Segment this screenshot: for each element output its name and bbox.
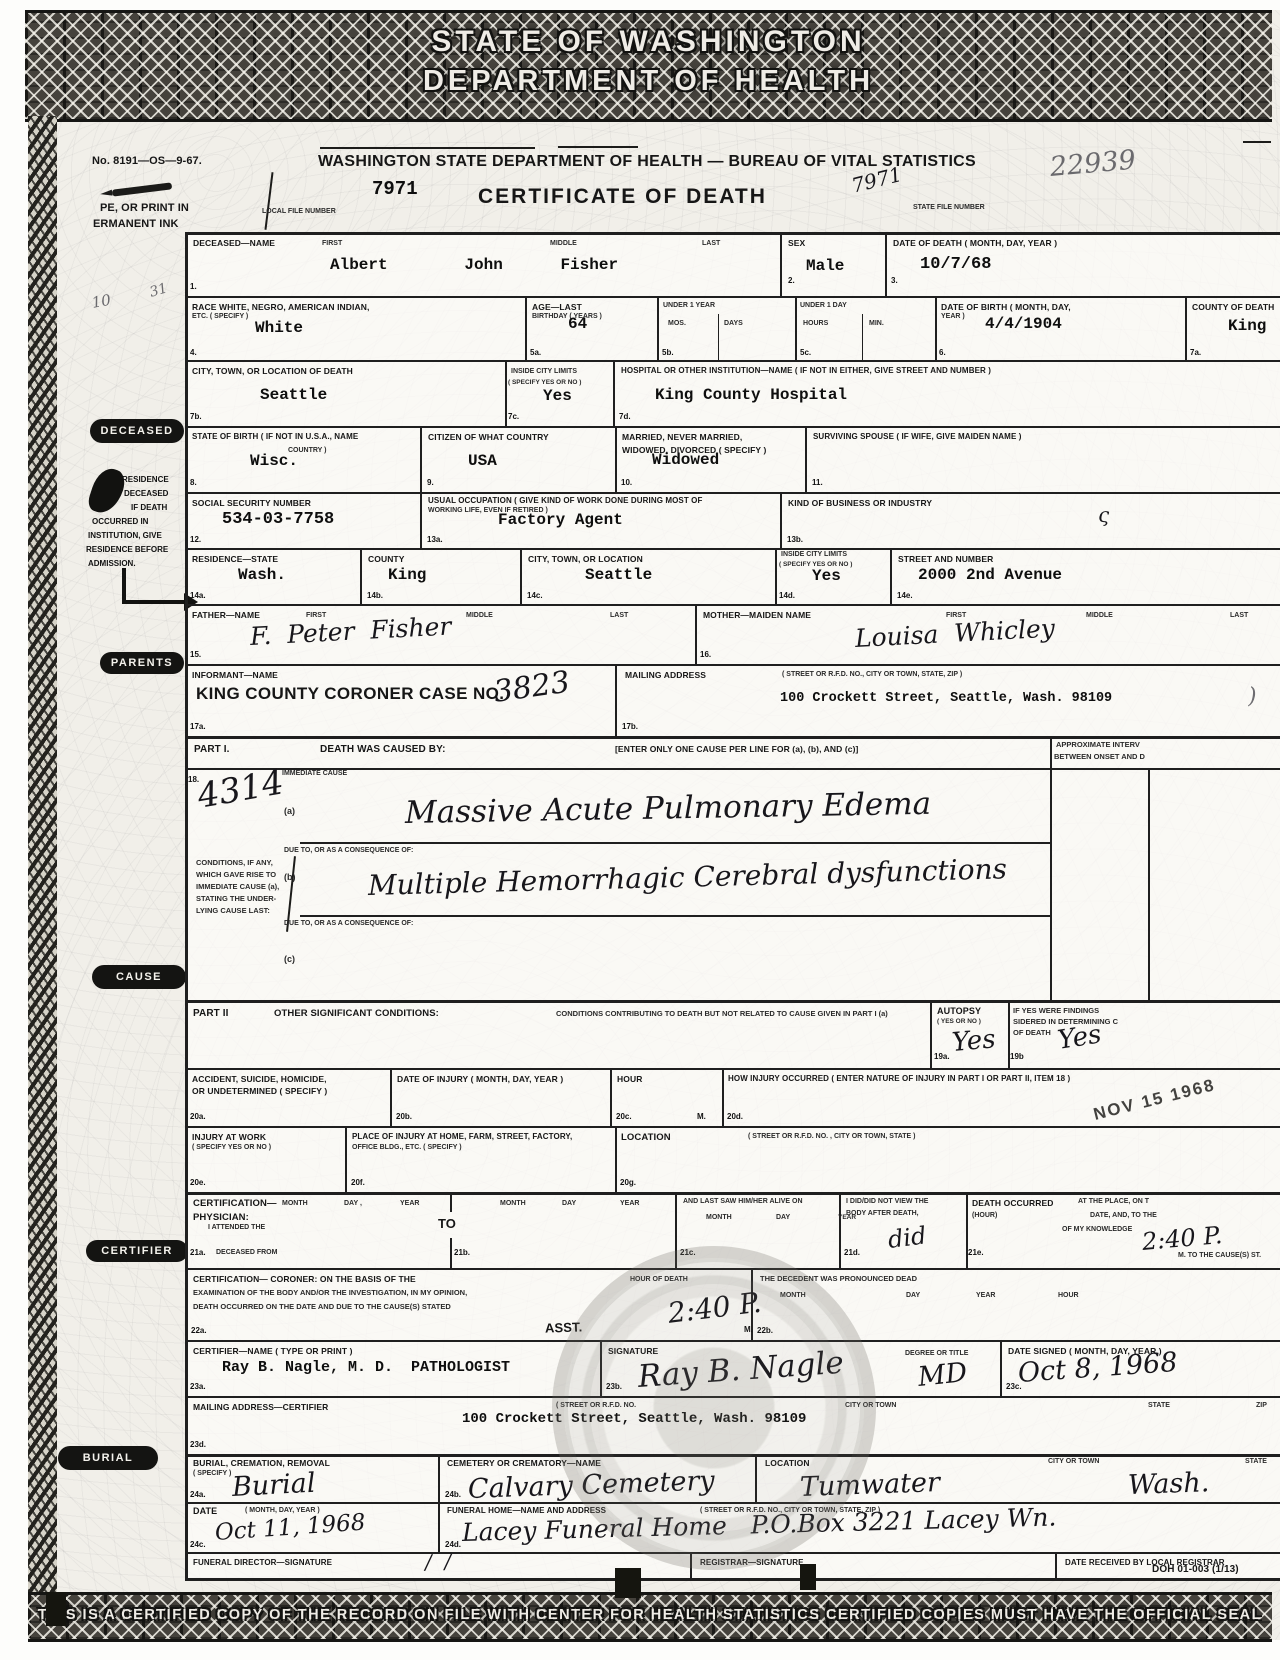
pronounced-hour: HOUR (1058, 1292, 1079, 1300)
age-value: 64 (568, 316, 587, 332)
border (185, 1454, 1280, 1457)
left-decorative-strip (28, 116, 57, 1592)
border (420, 492, 422, 548)
surviving-spouse-label: SURVIVING SPOUSE ( IF WIFE, GIVE MAIDEN … (813, 432, 1021, 442)
inside-city-limits-label-2: ( SPECIFY YES OR NO ) (508, 379, 581, 387)
border (185, 1000, 1280, 1003)
informant-mailing-value: 100 Crockett Street, Seattle, Wash. 9810… (780, 692, 1112, 706)
residence-icl-value: Yes (812, 568, 841, 584)
residence-note-1: RESIDENCE (122, 476, 169, 484)
border (722, 1068, 724, 1126)
coroner-label-2: EXAMINATION OF THE BODY AND/OR THE INVES… (193, 1288, 467, 1297)
field-num-10: 10. (621, 479, 632, 487)
father-name-label: FATHER—NAME (192, 610, 260, 620)
registrar-stamp-number: 22939 (1049, 147, 1137, 181)
death-occurred-label-4: OF MY KNOWLEDGE (1062, 1226, 1132, 1234)
field-num-20e: 20e. (190, 1179, 206, 1187)
occupation-label: USUAL OCCUPATION ( GIVE KIND OF WORK DON… (428, 496, 703, 506)
residence-note-6: RESIDENCE BEFORE (86, 546, 168, 554)
border (525, 296, 527, 360)
border (360, 548, 362, 604)
date-of-death-label: DATE OF DEATH ( MONTH, DAY, YEAR ) (893, 238, 1057, 248)
certifier-name-label: CERTIFIER—NAME ( TYPE OR PRINT ) (193, 1346, 353, 1356)
certification-label: CERTIFICATION— (193, 1198, 277, 1209)
border (775, 548, 777, 604)
border (450, 1192, 452, 1212)
field-num-15: 15. (190, 651, 201, 659)
informant-name-label: INFORMANT—NAME (192, 670, 278, 680)
informant-typed-value: KING COUNTY CORONER CASE NO. (196, 684, 504, 704)
phys-year-1: YEAR (400, 1200, 419, 1208)
border (185, 232, 1280, 235)
field-num-22b: 22b. (757, 1327, 773, 1335)
informant-mailing-label: MAILING ADDRESS (625, 670, 706, 680)
burial-type-value: Burial (231, 1470, 316, 1501)
line-c-label: (c) (284, 954, 295, 965)
sidebar-deceased-text: DECEASED (100, 426, 173, 437)
border (520, 548, 522, 604)
cause-line-b-rule (300, 915, 1050, 917)
sidebar-deceased-label: DECEASED (90, 419, 184, 443)
field-num-7d: 7d. (619, 413, 631, 421)
degree-title-value: MD (917, 1359, 969, 1391)
border (862, 314, 863, 360)
field-num-20a: 20a. (190, 1113, 206, 1121)
pronounced-year: YEAR (976, 1292, 995, 1300)
coroner-label-1: CERTIFICATION— CORONER: ON THE BASIS OF … (193, 1274, 416, 1284)
sidebar-certifier-text: CERTIFIER (101, 1246, 173, 1257)
field-num-20c: 20c. (616, 1113, 632, 1121)
findings-label-3: OF DEATH (1013, 1028, 1051, 1037)
phys-day-1: DAY , (344, 1200, 362, 1208)
field-num-12: 12. (190, 536, 201, 544)
field-num-2: 2. (788, 277, 795, 285)
phys-month-2: MONTH (500, 1200, 526, 1208)
border (185, 360, 1280, 362)
interval-label-2: BETWEEN ONSET AND D (1054, 752, 1145, 761)
local-file-number-label: LOCAL FILE NUMBER (262, 208, 336, 216)
ssn-value: 534-03-7758 (222, 511, 334, 528)
last-saw-label: AND LAST SAW HIM/HER ALIVE ON (683, 1198, 803, 1206)
industry-stray-mark: ς (1098, 505, 1110, 525)
deceased-name-label: DECEASED—NAME (193, 238, 275, 248)
burial-date-label: DATE (193, 1506, 217, 1517)
death-occurred-label: DEATH OCCURRED (972, 1198, 1054, 1208)
residence-arrow-icon (122, 568, 184, 604)
residence-county-label: COUNTY (368, 554, 405, 564)
field-num-14d: 14d. (779, 592, 795, 600)
border (805, 426, 807, 492)
border (185, 492, 1280, 494)
border (185, 604, 1280, 606)
part2-label: PART II (193, 1008, 229, 1020)
top-decorative-band: STATE OF WASHINGTON DEPARTMENT OF HEALTH (25, 10, 1272, 122)
burial-state-value: Wash. (1128, 1469, 1210, 1499)
pronounced-dead-label: THE DECEDENT WAS PRONOUNCED DEAD (760, 1274, 917, 1283)
overline-3 (1243, 141, 1271, 143)
deceased-name-value: Albert John Fisher (330, 257, 618, 273)
overline-2 (558, 146, 638, 148)
cemetery-value: Calvary Cemetery (468, 1467, 715, 1503)
border (718, 314, 719, 360)
cemetery-label: CEMETERY OR CREMATORY—NAME (447, 1458, 601, 1468)
border (690, 1552, 692, 1578)
occupation-value: Factory Agent (498, 512, 623, 528)
field-num-17b: 17b. (622, 723, 638, 731)
border (185, 768, 1280, 770)
burial-location-label: LOCATION (765, 1458, 810, 1468)
citizen-value: USA (468, 453, 497, 469)
field-num-23c: 23c. (1006, 1383, 1022, 1391)
mother-last-sublabel: LAST (1230, 612, 1248, 620)
other-conditions-label: OTHER SIGNIFICANT CONDITIONS: (274, 1008, 439, 1019)
border (505, 360, 507, 426)
border (1055, 1552, 1057, 1578)
ink-note-line2: ERMANENT INK (93, 218, 179, 231)
phys-year-2: YEAR (620, 1200, 639, 1208)
field-num-24a: 24a. (190, 1491, 206, 1499)
mother-middle-sublabel: MIDDLE (1086, 612, 1113, 620)
border (885, 232, 887, 296)
autopsy-label: AUTOPSY (937, 1006, 981, 1017)
conditions-note-5: LYING CAUSE LAST: (196, 906, 270, 915)
border (185, 1068, 1280, 1070)
field-num-19b: 19b (1010, 1053, 1024, 1061)
local-file-number-value: 7971 (372, 180, 418, 199)
cause-line-a-rule (300, 842, 1050, 844)
border (780, 492, 782, 548)
street-number-value: 2000 2nd Avenue (918, 567, 1062, 583)
form-number: No. 8191—OS—9-67. (92, 155, 202, 168)
mother-name-label: MOTHER—MAIDEN NAME (703, 610, 811, 620)
other-conditions-sublabel: CONDITIONS CONTRIBUTING TO DEATH BUT NOT… (556, 1009, 888, 1018)
field-num-16: 16. (700, 651, 711, 659)
border (755, 1454, 757, 1502)
field-num-21e: 21e. (968, 1249, 984, 1257)
field-num-23a: 23a. (190, 1383, 206, 1391)
field-num-20g: 20g. (620, 1179, 636, 1187)
county-of-death-label: COUNTY OF DEATH (1192, 302, 1274, 312)
registration-mark (800, 1564, 816, 1590)
street-number-label: STREET AND NUMBER (898, 554, 993, 564)
death-hour-value: 2:40 P. (1141, 1223, 1223, 1254)
view-body-label-1: I DID/DID NOT VIEW THE (846, 1198, 928, 1206)
hour-of-death-label: HOUR OF DEATH (630, 1276, 688, 1284)
burial-state-sublabel: STATE (1245, 1458, 1267, 1466)
conditions-note-2: WHICH GAVE RISE TO (196, 870, 276, 879)
border (185, 736, 1280, 739)
autopsy-sublabel: ( YES OR NO ) (937, 1018, 981, 1026)
field-num-1: 1. (190, 283, 197, 291)
border (615, 1126, 617, 1192)
conditions-note-1: CONDITIONS, IF ANY, (196, 858, 273, 867)
border (600, 1340, 602, 1396)
to-the-causes-label: M. TO THE CAUSE(S) ST. (1178, 1252, 1261, 1260)
border (890, 548, 892, 604)
border (780, 232, 782, 296)
sidebar-burial-label: BURIAL (58, 1446, 158, 1470)
hospital-label: HOSPITAL OR OTHER INSTITUTION—NAME ( IF … (621, 366, 991, 376)
border (185, 296, 1280, 298)
field-num-21a: 21a. (190, 1249, 206, 1257)
border (1185, 296, 1187, 360)
pronounced-day: DAY (906, 1292, 920, 1300)
border (450, 1238, 452, 1268)
residence-state-label: RESIDENCE—STATE (192, 554, 278, 564)
border (390, 1068, 392, 1126)
residence-state-value: Wash. (238, 567, 286, 583)
min-sublabel: MIN. (869, 320, 884, 328)
death-occurred-label-2: AT THE PLACE, ON T (1078, 1198, 1149, 1206)
field-num-24c: 24c. (190, 1541, 206, 1549)
border (185, 1126, 1280, 1128)
field-num-14b: 14b. (367, 592, 383, 600)
state-of-birth-label: STATE OF BIRTH ( IF NOT IN U.S.A., NAME (192, 432, 358, 442)
field-num-13b: 13b. (787, 536, 803, 544)
hour-sublabel: (HOUR) (972, 1212, 997, 1220)
field-num-14e: 14e. (897, 592, 913, 600)
certifier-mailing-label: MAILING ADDRESS—CERTIFIER (193, 1402, 328, 1412)
burial-location-value: Tumwater (800, 1469, 941, 1501)
border (695, 604, 697, 664)
informant-mailing-sublabel: ( STREET OR R.F.D. NO., CITY OR TOWN, ST… (782, 671, 962, 679)
border (185, 1340, 1280, 1342)
border (185, 232, 188, 1580)
one-cause-note: [ENTER ONLY ONE CAUSE PER LINE FOR (a), … (615, 744, 858, 754)
inside-city-limits-value: Yes (543, 388, 572, 404)
field-num-3: 3. (891, 277, 898, 285)
border (420, 426, 422, 492)
border (610, 1068, 612, 1126)
mailing-city-sublabel: CITY OR TOWN (845, 1402, 896, 1410)
field-num-13a: 13a. (427, 536, 443, 544)
residence-note-5: INSTITUTION, GIVE (88, 532, 162, 540)
field-num-7a: 7a. (1190, 349, 1201, 357)
line-b-label: (b) (284, 872, 296, 883)
field-num-23b: 23b. (606, 1383, 622, 1391)
first-sublabel: FIRST (322, 240, 342, 248)
burial-city-sublabel: CITY OR TOWN (1048, 1458, 1099, 1466)
field-num-20d: 20d. (727, 1113, 743, 1121)
hours-sublabel: HOURS (803, 320, 828, 328)
field-num-5c: 5c. (800, 349, 811, 357)
border (185, 1396, 1280, 1398)
state-of-birth-value: Wisc. (250, 453, 298, 469)
how-injury-label: HOW INJURY OCCURRED ( ENTER NATURE OF IN… (728, 1074, 1070, 1084)
mailing-state-sublabel: STATE (1148, 1402, 1170, 1410)
under-1-day-label: UNDER 1 DAY (800, 302, 847, 310)
injury-location-sublabel: ( STREET OR R.F.D. NO. , CITY OR TOWN, S… (748, 1133, 915, 1141)
months-sublabel: MOS. (668, 320, 686, 328)
injury-location-label: LOCATION (621, 1132, 671, 1143)
sidebar-cause-label: CAUSE (92, 965, 186, 989)
race-label: RACE WHITE, NEGRO, AMERICAN INDIAN, (192, 302, 369, 312)
residence-icl-label: INSIDE CITY LIMITS (781, 551, 847, 559)
marital-status-label: MARRIED, NEVER MARRIED, (622, 432, 742, 442)
field-num-8: 8. (190, 479, 197, 487)
view-body-value: did (887, 1223, 928, 1252)
field-num-14a: 14a. (190, 592, 206, 600)
residence-note-7: ADMISSION. (88, 560, 136, 568)
race-label-2: ETC. ( SPECIFY ) (192, 313, 248, 321)
under-1-year-label: UNDER 1 YEAR (663, 302, 715, 310)
residence-city-label: CITY, TOWN, OR LOCATION (528, 554, 643, 564)
death-certificate-page: STATE OF WASHINGTON DEPARTMENT OF HEALTH… (0, 0, 1280, 1660)
border (185, 426, 1280, 428)
residence-note-3: IF DEATH (131, 504, 167, 512)
border (935, 296, 937, 360)
accident-label-1: ACCIDENT, SUICIDE, HOMICIDE, (192, 1074, 327, 1084)
field-num-5b: 5b. (662, 349, 674, 357)
sidebar-parents-label: PARENTS (100, 652, 184, 674)
registrar-signature-label: REGISTRAR—SIGNATURE (700, 1558, 804, 1568)
conditions-note-3: IMMEDIATE CAUSE (a), (196, 882, 279, 891)
view-body-label-2: BODY AFTER DEATH, (846, 1210, 919, 1218)
field-num-6: 6. (939, 349, 946, 357)
border (185, 1552, 1280, 1554)
border (438, 1454, 440, 1552)
date-of-birth-label: DATE OF BIRTH ( MONTH, DAY, (941, 302, 1071, 312)
county-of-death-value: King (1228, 318, 1266, 334)
deceased-from-label: DECEASED FROM (216, 1249, 277, 1257)
last-sublabel: LAST (702, 240, 720, 248)
inside-city-limits-label: INSIDE CITY LIMITS (511, 368, 577, 376)
father-last-sublabel: LAST (610, 612, 628, 620)
doh-form-code: DOH 01-003 (1/13) (1152, 1564, 1239, 1576)
overline-1 (320, 147, 535, 149)
border (613, 360, 615, 426)
coroner-label-3: DEATH OCCURRED ON THE DATE AND DUE TO TH… (193, 1302, 451, 1311)
physician-label: PHYSICIAN: (193, 1212, 249, 1223)
burial-type-sublabel: ( SPECIFY ) (193, 1470, 231, 1478)
part1-label: PART I. (194, 744, 230, 756)
findings-label-1: IF YES WERE FINDINGS (1013, 1006, 1099, 1015)
hour-of-death-m: M. (744, 1326, 753, 1334)
death-occurred-label-3: DATE, AND, TO THE (1090, 1212, 1157, 1220)
phys-day-2: DAY (562, 1200, 576, 1208)
due-to-label-2: DUE TO, OR AS A CONSEQUENCE OF: (284, 920, 413, 928)
mailing-street-sublabel: ( STREET OR R.F.D. NO. (556, 1402, 636, 1410)
certifier-mailing-value: 100 Crockett Street, Seattle, Wash. 9810… (462, 1412, 806, 1426)
place-of-injury-label: PLACE OF INJURY AT HOME, FARM, STREET, F… (352, 1132, 572, 1142)
sidebar-certifier-label: CERTIFIER (86, 1240, 188, 1262)
funeral-director-signature-marks: / / (425, 1551, 452, 1572)
signature-label: SIGNATURE (608, 1346, 658, 1356)
immediate-cause-label: IMMEDIATE CAUSE (282, 770, 347, 778)
border (1050, 736, 1052, 1000)
ink-note-line1: PE, OR PRINT IN (100, 202, 189, 215)
field-num-23d: 23d. (190, 1441, 206, 1449)
certifier-name-value: Ray B. Nagle, M. D. PATHOLOGIST (222, 1360, 510, 1375)
citizen-label: CITIZEN OF WHAT COUNTRY (428, 432, 549, 442)
cause-a-value: Massive Acute Pulmonary Edema (405, 789, 932, 829)
registration-mark (46, 1592, 66, 1626)
field-num-7b: 7b. (190, 413, 202, 421)
caused-by-label: DEATH WAS CAUSED BY: (320, 744, 446, 756)
state-banner-line2: DEPARTMENT OF HEALTH (25, 65, 1272, 98)
certified-copy-banner: THIS IS A CERTIFIED COPY OF THE RECORD O… (28, 1607, 1272, 1623)
ssn-label: SOCIAL SECURITY NUMBER (192, 498, 311, 508)
city-of-death-label: CITY, TOWN, OR LOCATION OF DEATH (192, 366, 353, 376)
race-value: White (255, 320, 303, 336)
burial-type-label: BURIAL, CREMATION, REMOVAL (193, 1458, 330, 1468)
field-num-17a: 17a. (190, 723, 206, 731)
border (839, 1192, 841, 1268)
injury-hour-label: HOUR (617, 1074, 642, 1084)
injury-hour-m: M. (697, 1113, 706, 1121)
marital-status-value: Widowed (652, 452, 719, 468)
border (930, 1000, 932, 1068)
field-num-4: 4. (190, 349, 197, 357)
sex-value: Male (806, 258, 844, 274)
due-to-label-1: DUE TO, OR AS A CONSEQUENCE OF: (284, 847, 413, 855)
field-num-21b: 21b. (454, 1249, 470, 1257)
residence-county-value: King (388, 567, 426, 583)
age-label: AGE—LAST (532, 302, 582, 312)
field-num-9: 9. (427, 479, 434, 487)
field-num-21c: 21c. (680, 1249, 696, 1257)
date-of-death-value: 10/7/68 (920, 256, 991, 273)
hospital-value: King County Hospital (655, 387, 847, 403)
field-num-11: 11. (812, 479, 823, 487)
field-num-7c: 7c. (508, 413, 519, 421)
line-a-label: (a) (284, 806, 295, 817)
residence-note-2: DECEASED (124, 490, 168, 498)
accident-label-2: OR UNDETERMINED ( SPECIFY ) (192, 1086, 327, 1096)
autopsy-value: Yes (951, 1026, 997, 1056)
sidebar-cause-text: CAUSE (116, 972, 162, 983)
city-of-death-value: Seattle (260, 387, 327, 403)
attended-label: I ATTENDED THE (208, 1224, 265, 1232)
registration-mark (615, 1568, 641, 1598)
field-num-20f: 20f. (351, 1179, 365, 1187)
border (185, 1502, 1280, 1504)
residence-note-4: OCCURRED IN (92, 518, 148, 526)
field-num-19a: 19a. (934, 1053, 950, 1061)
border (1148, 768, 1150, 1000)
sidebar-burial-text: BURIAL (83, 1453, 134, 1464)
stray-mark: ) (1248, 686, 1257, 708)
state-banner-line1: STATE OF WASHINGTON (25, 25, 1272, 59)
phys-month-1: MONTH (282, 1200, 308, 1208)
findings-value: Yes (1056, 1021, 1103, 1054)
funeral-director-label: FUNERAL DIRECTOR—SIGNATURE (193, 1558, 332, 1568)
border (675, 1192, 677, 1268)
saw-month: MONTH (706, 1214, 732, 1222)
age-label-2: BIRTHDAY ( YEARS ) (532, 313, 602, 321)
injury-at-work-sublabel: ( SPECIFY YES OR NO ) (192, 1144, 271, 1152)
field-num-24d: 24d. (445, 1541, 461, 1549)
bottom-decorative-band: THIS IS A CERTIFIED COPY OF THE RECORD O… (28, 1592, 1272, 1642)
state-file-number-label: STATE FILE NUMBER (913, 204, 985, 212)
field-num-22a: 22a. (191, 1327, 207, 1335)
date-of-birth-value: 4/4/1904 (985, 316, 1062, 332)
interval-label-1: APPROXIMATE INTERV (1056, 740, 1140, 749)
certificate-title: CERTIFICATE OF DEATH (478, 184, 767, 209)
border (185, 1192, 1280, 1195)
conditions-note-4: STATING THE UNDER- (196, 894, 276, 903)
industry-label: KIND OF BUSINESS OR INDUSTRY (788, 498, 932, 508)
mailing-zip-sublabel: ZIP (1256, 1402, 1267, 1410)
days-sublabel: DAYS (724, 320, 743, 328)
border (185, 548, 1280, 550)
to-label: TO (438, 1216, 456, 1232)
field-num-21d: 21d. (844, 1249, 860, 1257)
pronounced-month: MONTH (780, 1292, 806, 1300)
place-of-injury-sublabel: OFFICE BLDG., ETC. ( SPECIFY ) (352, 1144, 462, 1152)
border (185, 1268, 1280, 1270)
date-of-birth-label-2: YEAR ) (941, 313, 965, 321)
